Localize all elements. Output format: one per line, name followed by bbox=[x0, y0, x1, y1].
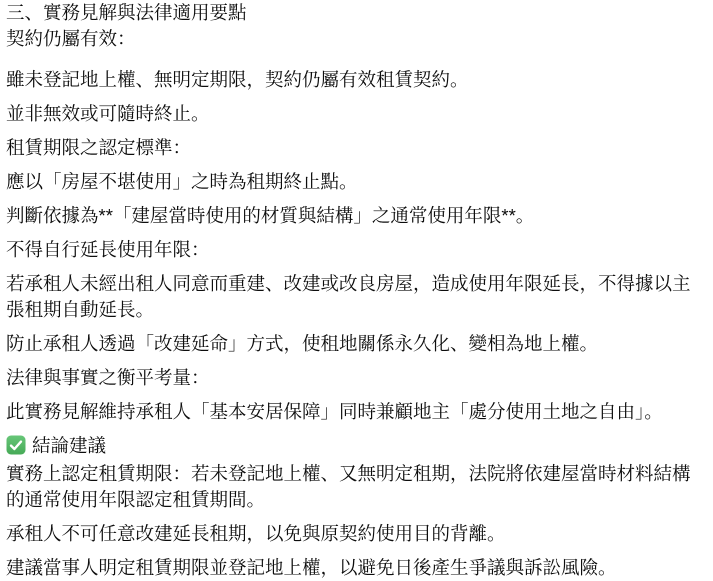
paragraph-balance-1: 此實務見解維持承租人「基本安居保障」同時兼顧地主「處分使用土地之自由」。 bbox=[6, 399, 707, 425]
document-body: 三、實務見解與法律適用要點 契約仍屬有效： 雖未登記地上權、無明定期限，契約仍屬… bbox=[0, 0, 713, 581]
paragraph-no-self-extension-2: 防止承租人透過「改建延命」方式，使租地關係永久化、變相為地上權。 bbox=[6, 331, 707, 357]
paragraph-contract-valid-2: 並非無效或可隨時終止。 bbox=[6, 101, 707, 127]
point-label-lease-term-standard: 租賃期限之認定標準： bbox=[6, 135, 707, 161]
point-label-balance: 法律與事實之衡平考量： bbox=[6, 365, 707, 391]
conclusion-point-2: 承租人不可任意改建延長租期，以免與原契約使用目的背離。 bbox=[6, 521, 707, 547]
point-label-no-self-extension: 不得自行延長使用年限： bbox=[6, 237, 707, 263]
paragraph-lease-term-2: 判斷依據為**「建屋當時使用的材質與結構」之通常使用年限**。 bbox=[6, 203, 707, 229]
conclusion-point-3: 建議當事人明定租賃期限並登記地上權，以避免日後產生爭議與訴訟風險。 bbox=[6, 555, 707, 581]
conclusion-title: 結論建議 bbox=[32, 435, 106, 456]
conclusion-heading: 結論建議 bbox=[6, 433, 707, 459]
page: { "page": { "background_color": "#ffffff… bbox=[0, 0, 713, 581]
section-title: 三、實務見解與法律適用要點 bbox=[6, 0, 707, 26]
check-mark-icon bbox=[6, 435, 26, 455]
conclusion-point-1: 實務上認定租賃期限：若未登記地上權、又無明定租期，法院將依建屋當時材料結構的通常… bbox=[6, 461, 707, 513]
point-label-contract-valid: 契約仍屬有效： bbox=[6, 26, 707, 52]
paragraph-no-self-extension-1: 若承租人未經出租人同意而重建、改建或改良房屋，造成使用年限延長，不得據以主張租期… bbox=[6, 271, 707, 323]
paragraph-contract-valid-1: 雖未登記地上權、無明定期限，契約仍屬有效租賃契約。 bbox=[6, 67, 707, 93]
paragraph-lease-term-1: 應以「房屋不堪使用」之時為租期終止點。 bbox=[6, 169, 707, 195]
